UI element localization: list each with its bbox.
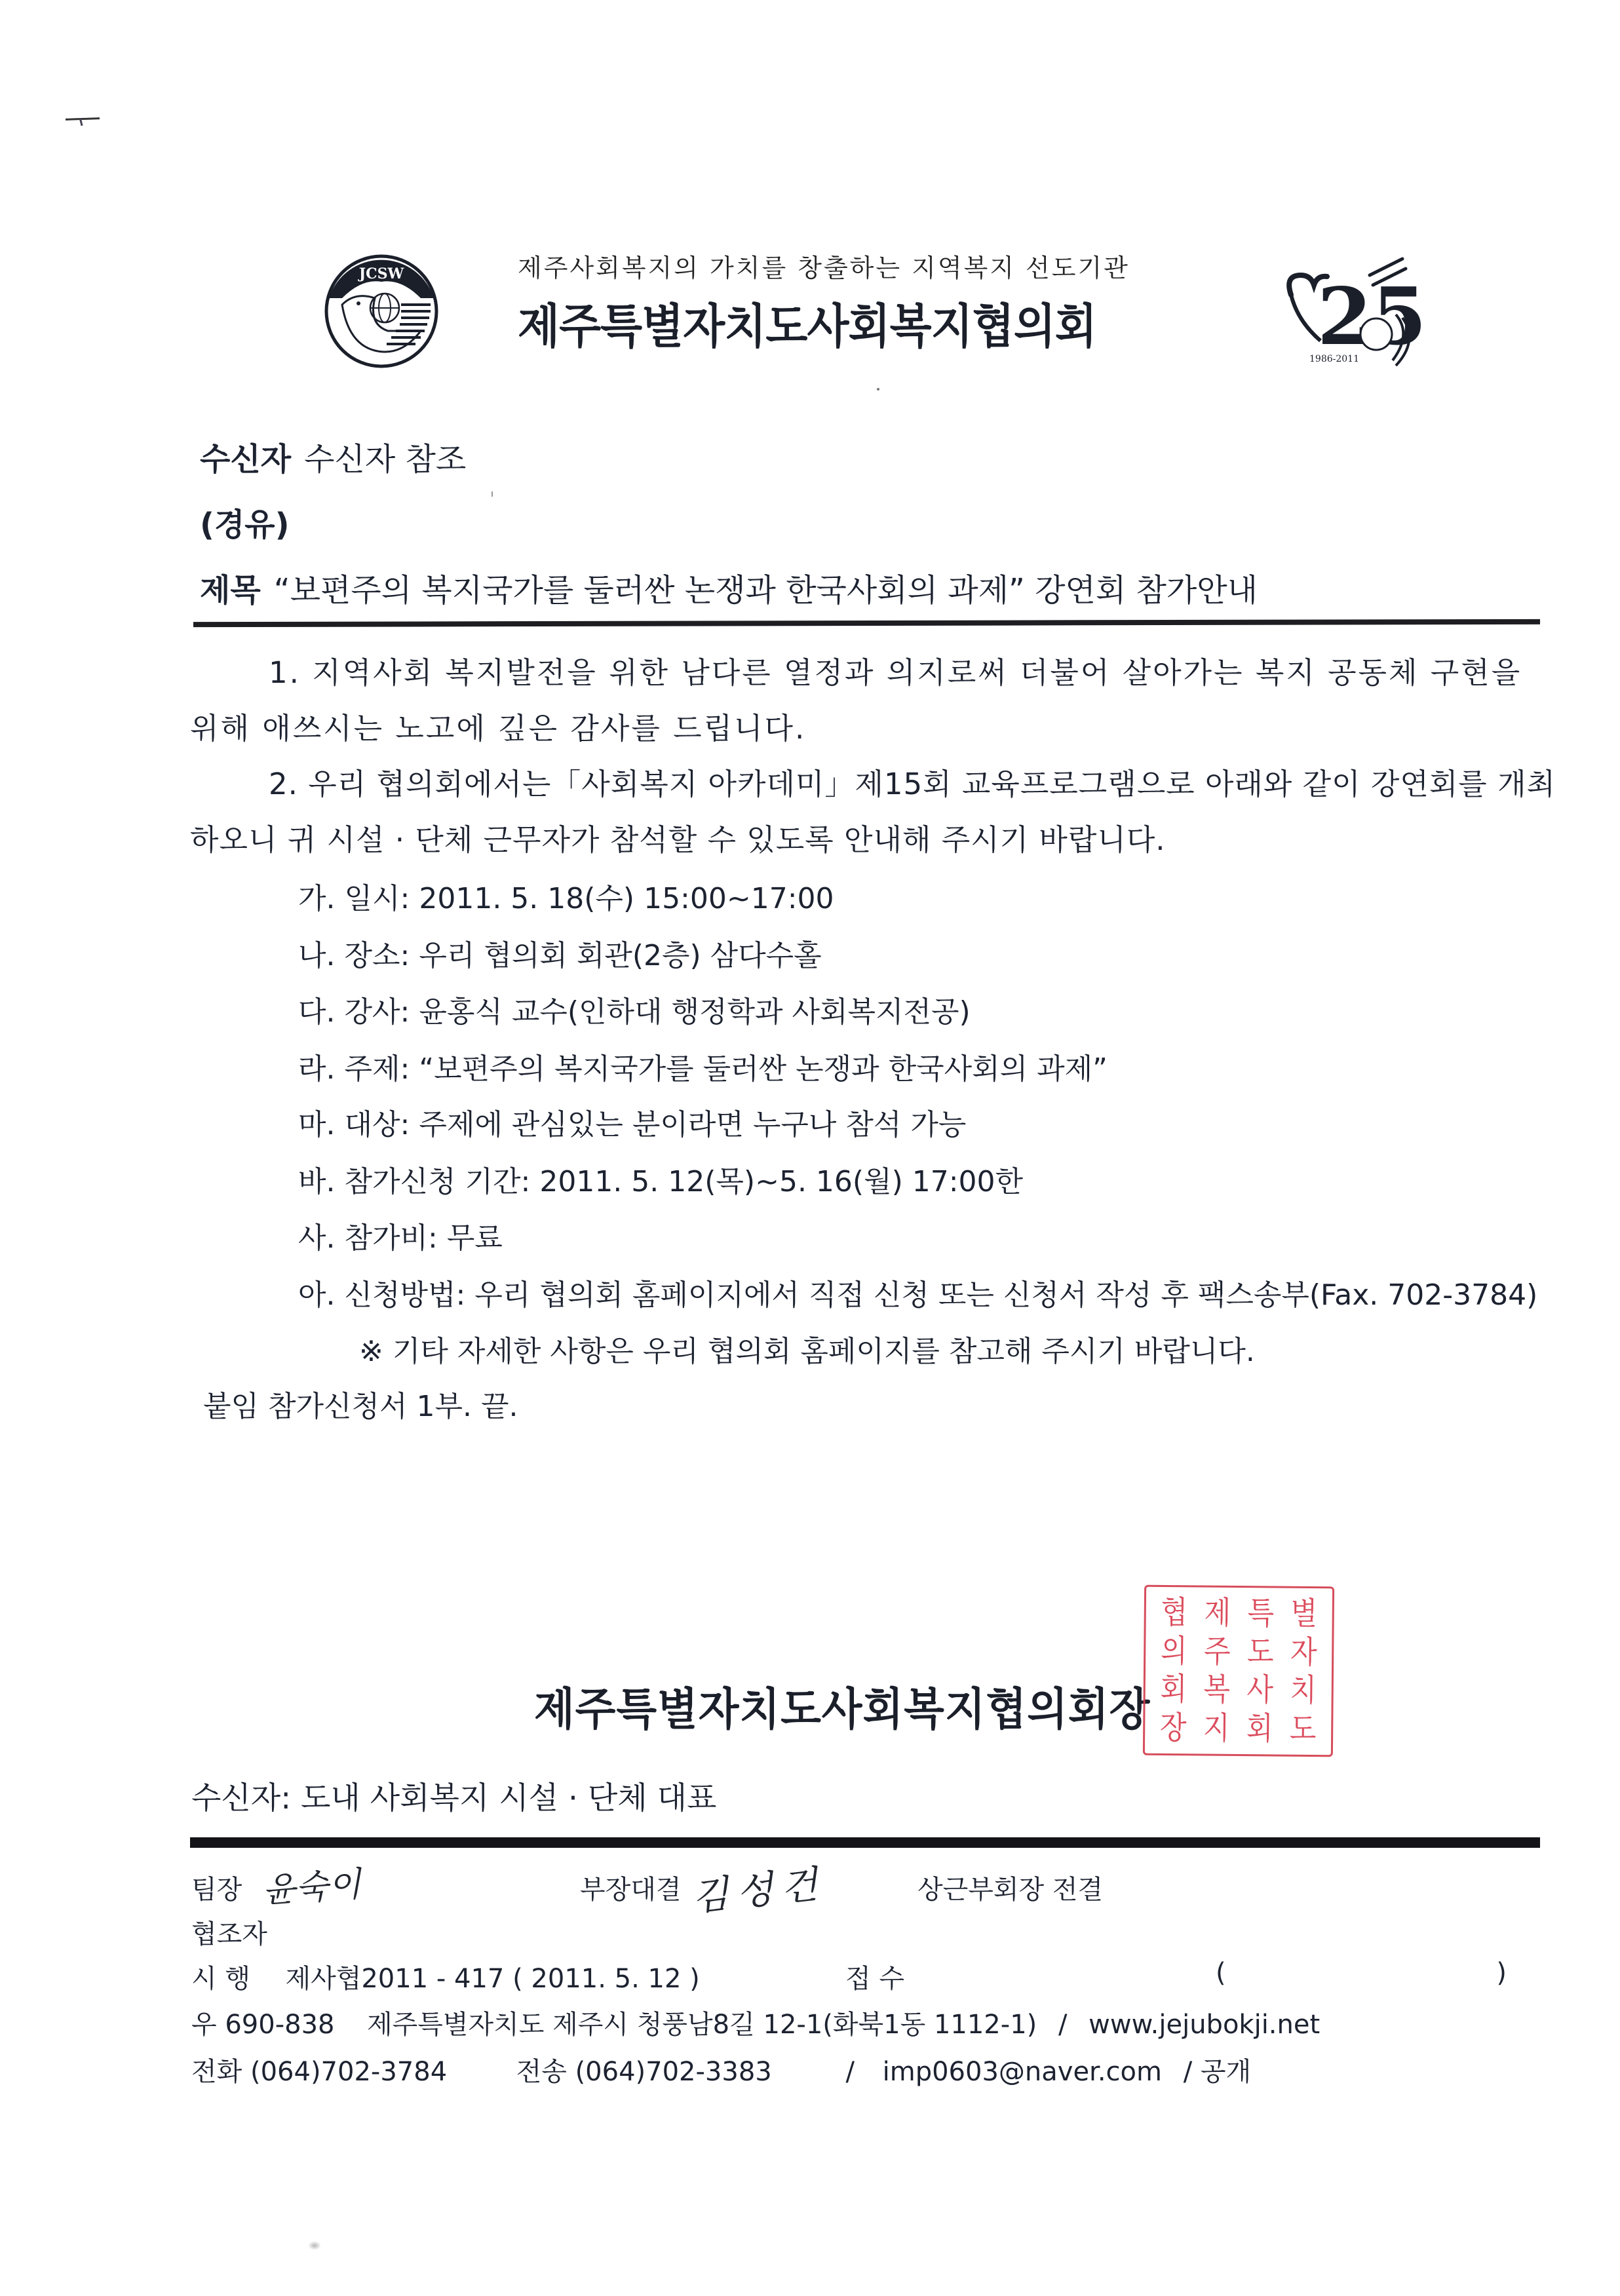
detail-item-application-method: 아.신청방법: 우리 협의회 홈페이지에서 직접 신청 또는 신청서 작성 후 … (298, 1271, 1537, 1313)
seal-char: 제 (1195, 1591, 1239, 1636)
detail-item-registration-period: 바.참가신청 기간: 2011. 5. 12(목)~5. 16(월) 17:00… (298, 1158, 1023, 1200)
item-value: “보편주의 복지국가를 둘러싼 논쟁과 한국사회의 과제” (419, 1052, 1108, 1086)
recipient-label: 수신자 (200, 441, 291, 478)
phone-number: (064)702-3784 (250, 2057, 447, 2087)
item-value: 2011. 5. 12(목)~5. 16(월) 17:00한 (539, 1165, 1023, 1198)
fax-label: 전송 (516, 2057, 567, 2087)
fax-number: (064)702-3383 (575, 2057, 772, 2087)
disclosure-status: 공개 (1201, 2057, 1251, 2087)
item-value: 주제에 관심있는 분이라면 누구나 참석 가능 (419, 1108, 966, 1141)
director-label: 부장대결 (580, 1869, 682, 1906)
seal-char: 회 (1238, 1706, 1282, 1751)
jcsw-logo-icon: JCSW (322, 252, 440, 370)
execution-line: 시 행 제사협2011 - 417 ( 2011. 5. 12 ) (191, 1958, 700, 1995)
seal-char: 치 (1281, 1668, 1325, 1713)
item-label: 참가신청 기간: (345, 1165, 531, 1198)
detail-item-date: 가.일시: 2011. 5. 18(수) 15:00~17:00 (298, 875, 834, 917)
anniversary-25-logo-icon: 25 1986-2011 (1271, 249, 1422, 367)
attachment-line: 붙임 참가신청서 1부. 끝. (203, 1383, 518, 1425)
item-marker: 다. (298, 995, 336, 1029)
item-marker: 사. (298, 1221, 336, 1255)
item-label: 참가비: (345, 1221, 438, 1255)
item-value: 우리 협의회 회관(2층) 삼다수홀 (419, 939, 821, 972)
item-marker: 라. (298, 1052, 336, 1086)
seal-char: 특 (1239, 1592, 1282, 1636)
paragraph-2-line-1: 2. 우리 협의회에서는「사회복지 아카데미」제15회 교육프로그램으로 아래와… (269, 760, 1556, 803)
item-marker: 나. (298, 939, 336, 972)
receipt-label: 접 수 (845, 1958, 904, 1995)
item-marker: 바. (298, 1165, 336, 1198)
detail-item-topic: 라.주제: “보편주의 복지국가를 둘러싼 논쟁과 한국사회의 과제” (298, 1045, 1108, 1087)
item-label: 대상: (345, 1108, 410, 1141)
item-label: 장소: (345, 939, 410, 972)
svg-text:JCSW: JCSW (358, 265, 404, 282)
cooperator-label: 협조자 (191, 1913, 267, 1951)
reference-note: ※ 기타 자세한 사항은 우리 협의회 홈페이지를 참고해 주시기 바랍니다. (359, 1328, 1255, 1369)
scan-speck (492, 491, 493, 497)
postal-address-line: 우 690-838 제주특별자치도 제주시 청풍남8길 12-1(화북1동 11… (191, 2004, 1320, 2041)
item-marker: 가. (298, 882, 336, 915)
scan-speck (308, 2241, 321, 2250)
postal-label: 우 (191, 2010, 217, 2040)
detail-item-speaker: 다.강사: 윤홍식 교수(인하대 행정학과 사회복지전공) (298, 988, 971, 1030)
subject-value: “보편주의 복지국가를 둘러싼 논쟁과 한국사회의 과제” 강연회 참가안내 (274, 572, 1258, 609)
subject-line: 제목“보편주의 복지국가를 둘러싼 논쟁과 한국사회의 과제” 강연회 참가안내 (200, 565, 1258, 610)
street-address: 제주특별자치도 제주시 청풍남8길 12-1(화북1동 1112-1) (367, 2010, 1037, 2040)
email-link[interactable]: imp0603@naver.com (883, 2057, 1162, 2087)
vice-president-approval: 상근부회장 전결 (917, 1869, 1103, 1906)
recipient-value: 수신자 참조 (304, 441, 466, 478)
website-link[interactable]: www.jejubokji.net (1089, 2010, 1320, 2040)
item-value: 우리 협의회 홈페이지에서 직접 신청 또는 신청서 작성 후 팩스송부(Fax… (474, 1278, 1537, 1312)
scan-mark (66, 117, 100, 121)
team-leader-label: 팀장 (191, 1869, 242, 1906)
execution-label: 시 행 (191, 1964, 250, 1994)
director-signature: 김성건 (689, 1853, 828, 1922)
paragraph-1-line-1: 1. 지역사회 복지발전을 위한 남다른 열정과 의지로써 더불어 살아가는 복… (269, 649, 1522, 691)
seal-char: 회 (1151, 1667, 1195, 1712)
postal-code: 690-838 (225, 2010, 334, 2040)
receipt-number-field: ( ) (1216, 1958, 1620, 1988)
subject-divider (193, 619, 1540, 627)
sender-title: 제주특별자치도사회복지협의회장 (534, 1674, 1150, 1738)
paragraph-2-line-2: 하오니 귀 시설 · 단체 근무자가 참석할 수 있도록 안내해 주시기 바랍니… (190, 816, 1166, 858)
detail-item-place: 나.장소: 우리 협의회 회관(2층) 삼다수홀 (298, 932, 822, 974)
phone-label: 전화 (191, 2057, 242, 2087)
item-label: 강사: (345, 995, 410, 1029)
detail-item-audience: 마.대상: 주제에 관심있는 분이라면 누구나 참석 가능 (298, 1101, 966, 1143)
svg-text:1986-2011: 1986-2011 (1309, 354, 1359, 364)
seal-char: 사 (1238, 1668, 1282, 1713)
seal-char: 협 (1152, 1590, 1196, 1635)
footer-divider (190, 1837, 1540, 1848)
item-label: 주제: (345, 1052, 410, 1086)
seal-char: 장 (1151, 1706, 1195, 1750)
item-label: 일시: (345, 882, 410, 915)
org-title: 제주특별자치도사회복지협의회 (518, 288, 1096, 356)
recipient-line: 수신자수신자 참조 (200, 434, 466, 479)
item-value: 무료 (447, 1221, 503, 1255)
official-seal-icon: 협 제 특 별 의 주 도 자 회 복 사 치 장 지 회 도 (1143, 1585, 1334, 1757)
execution-date: ( 2011. 5. 12 ) (512, 1964, 700, 1994)
paragraph-1-line-2: 위해 애쓰시는 노고에 깊은 감사를 드립니다. (190, 704, 806, 747)
via-line: (경유) (200, 499, 290, 545)
scan-speck (877, 388, 879, 391)
seal-char: 도 (1281, 1707, 1325, 1751)
item-label: 신청방법: (345, 1278, 466, 1312)
item-value: 2011. 5. 18(수) 15:00~17:00 (419, 882, 834, 915)
subject-label: 제목 (200, 572, 261, 609)
team-leader-signature: 윤숙이 (261, 1856, 363, 1912)
document-number: 제사협2011 - 417 (285, 1964, 504, 1994)
item-value: 윤홍식 교수(인하대 행정학과 사회복지전공) (419, 995, 970, 1029)
seal-char: 지 (1195, 1706, 1239, 1751)
item-marker: 아. (298, 1278, 336, 1312)
item-marker: 마. (298, 1108, 336, 1141)
recipients-list: 수신자: 도내 사회복지 시설 · 단체 대표 (191, 1774, 716, 1818)
contact-line: 전화 (064)702-3784 전송 (064)702-3383 / imp0… (191, 2051, 1251, 2088)
seal-char: 복 (1195, 1668, 1239, 1712)
detail-item-fee: 사.참가비: 무료 (298, 1214, 503, 1256)
seal-char: 별 (1282, 1592, 1326, 1636)
org-tagline: 제주사회복지의 가치를 창출하는 지역복지 선도기관 (518, 248, 1130, 284)
